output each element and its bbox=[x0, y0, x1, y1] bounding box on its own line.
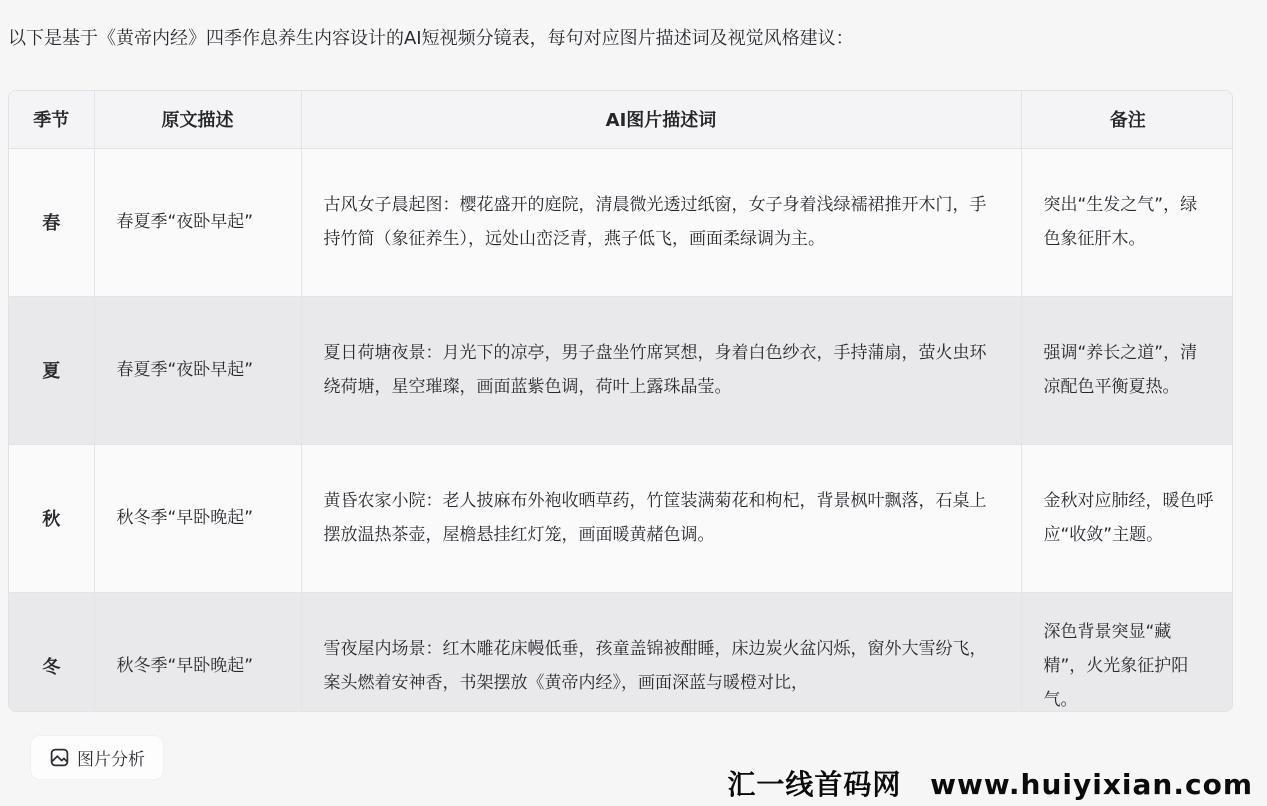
prompt-cell: 雪夜屋内场景：红木雕花床幔低垂，孩童盖锦被酣睡，床边炭火盆闪烁，窗外大雪纷飞，案… bbox=[301, 592, 1021, 712]
prompt-cell: 夏日荷塘夜景：月光下的凉亭，男子盘坐竹席冥想，身着白色纱衣，手持蒲扇，萤火虫环绕… bbox=[301, 296, 1021, 444]
col-header-source: 原文描述 bbox=[94, 91, 301, 148]
prompt-cell: 古风女子晨起图：樱花盛开的庭院，清晨微光透过纸窗，女子身着浅绿襦裙推开木门，手持… bbox=[301, 148, 1021, 296]
source-cell: 秋冬季“早卧晚起” bbox=[94, 444, 301, 592]
table-row-spring: 春 春夏季“夜卧早起” 古风女子晨起图：樱花盛开的庭院，清晨微光透过纸窗，女子身… bbox=[9, 148, 1233, 296]
image-icon bbox=[49, 747, 70, 768]
season-cell: 冬 bbox=[9, 592, 94, 712]
watermark: 汇一线首码网 www.huiyixian.com bbox=[727, 763, 1253, 803]
table-row-summer: 夏 春夏季“夜卧早起” 夏日荷塘夜景：月光下的凉亭，男子盘坐竹席冥想，身着白色纱… bbox=[9, 296, 1233, 444]
image-analysis-button[interactable]: 图片分析 bbox=[30, 735, 164, 780]
chat-response-page: 以下是基于《黄帝内经》四季作息养生内容设计的AI短视频分镜表，每句对应图片描述词… bbox=[0, 0, 1267, 806]
col-header-note: 备注 bbox=[1021, 91, 1233, 148]
table-header-row: 季节 原文描述 AI图片描述词 备注 bbox=[9, 91, 1233, 148]
season-cell: 夏 bbox=[9, 296, 94, 444]
table-row-winter: 冬 秋冬季“早卧晚起” 雪夜屋内场景：红木雕花床幔低垂，孩童盖锦被酣睡，床边炭火… bbox=[9, 592, 1233, 712]
watermark-site-name: 汇一线首码网 bbox=[727, 768, 901, 801]
note-cell: 强调“养长之道”，清凉配色平衡夏热。 bbox=[1021, 296, 1233, 444]
note-cell: 金秋对应肺经，暖色呼应“收敛”主题。 bbox=[1021, 444, 1233, 592]
source-cell: 春夏季“夜卧早起” bbox=[94, 148, 301, 296]
prompt-cell: 黄昏农家小院：老人披麻布外袍收晒草药，竹筐装满菊花和枸杞，背景枫叶飘落，石桌上摆… bbox=[301, 444, 1021, 592]
watermark-url: www.huiyixian.com bbox=[930, 768, 1253, 801]
col-header-season: 季节 bbox=[9, 91, 94, 148]
source-cell: 春夏季“夜卧早起” bbox=[94, 296, 301, 444]
season-cell: 春 bbox=[9, 148, 94, 296]
source-cell: 秋冬季“早卧晚起” bbox=[94, 592, 301, 712]
table-row-autumn: 秋 秋冬季“早卧晚起” 黄昏农家小院：老人披麻布外袍收晒草药，竹筐装满菊花和枸杞… bbox=[9, 444, 1233, 592]
col-header-prompt: AI图片描述词 bbox=[301, 91, 1021, 148]
note-cell: 深色背景突显“藏精”，火光象征护阳气。 bbox=[1021, 592, 1233, 712]
season-cell: 秋 bbox=[9, 444, 94, 592]
intro-text: 以下是基于《黄帝内经》四季作息养生内容设计的AI短视频分镜表，每句对应图片描述词… bbox=[8, 26, 854, 52]
storyboard-table: 季节 原文描述 AI图片描述词 备注 春 春夏季“夜卧早起” 古风女子晨起图：樱… bbox=[9, 91, 1233, 712]
note-cell: 突出“生发之气”，绿色象征肝木。 bbox=[1021, 148, 1233, 296]
image-analysis-label: 图片分析 bbox=[77, 745, 145, 770]
storyboard-table-container: 季节 原文描述 AI图片描述词 备注 春 春夏季“夜卧早起” 古风女子晨起图：樱… bbox=[8, 90, 1233, 712]
